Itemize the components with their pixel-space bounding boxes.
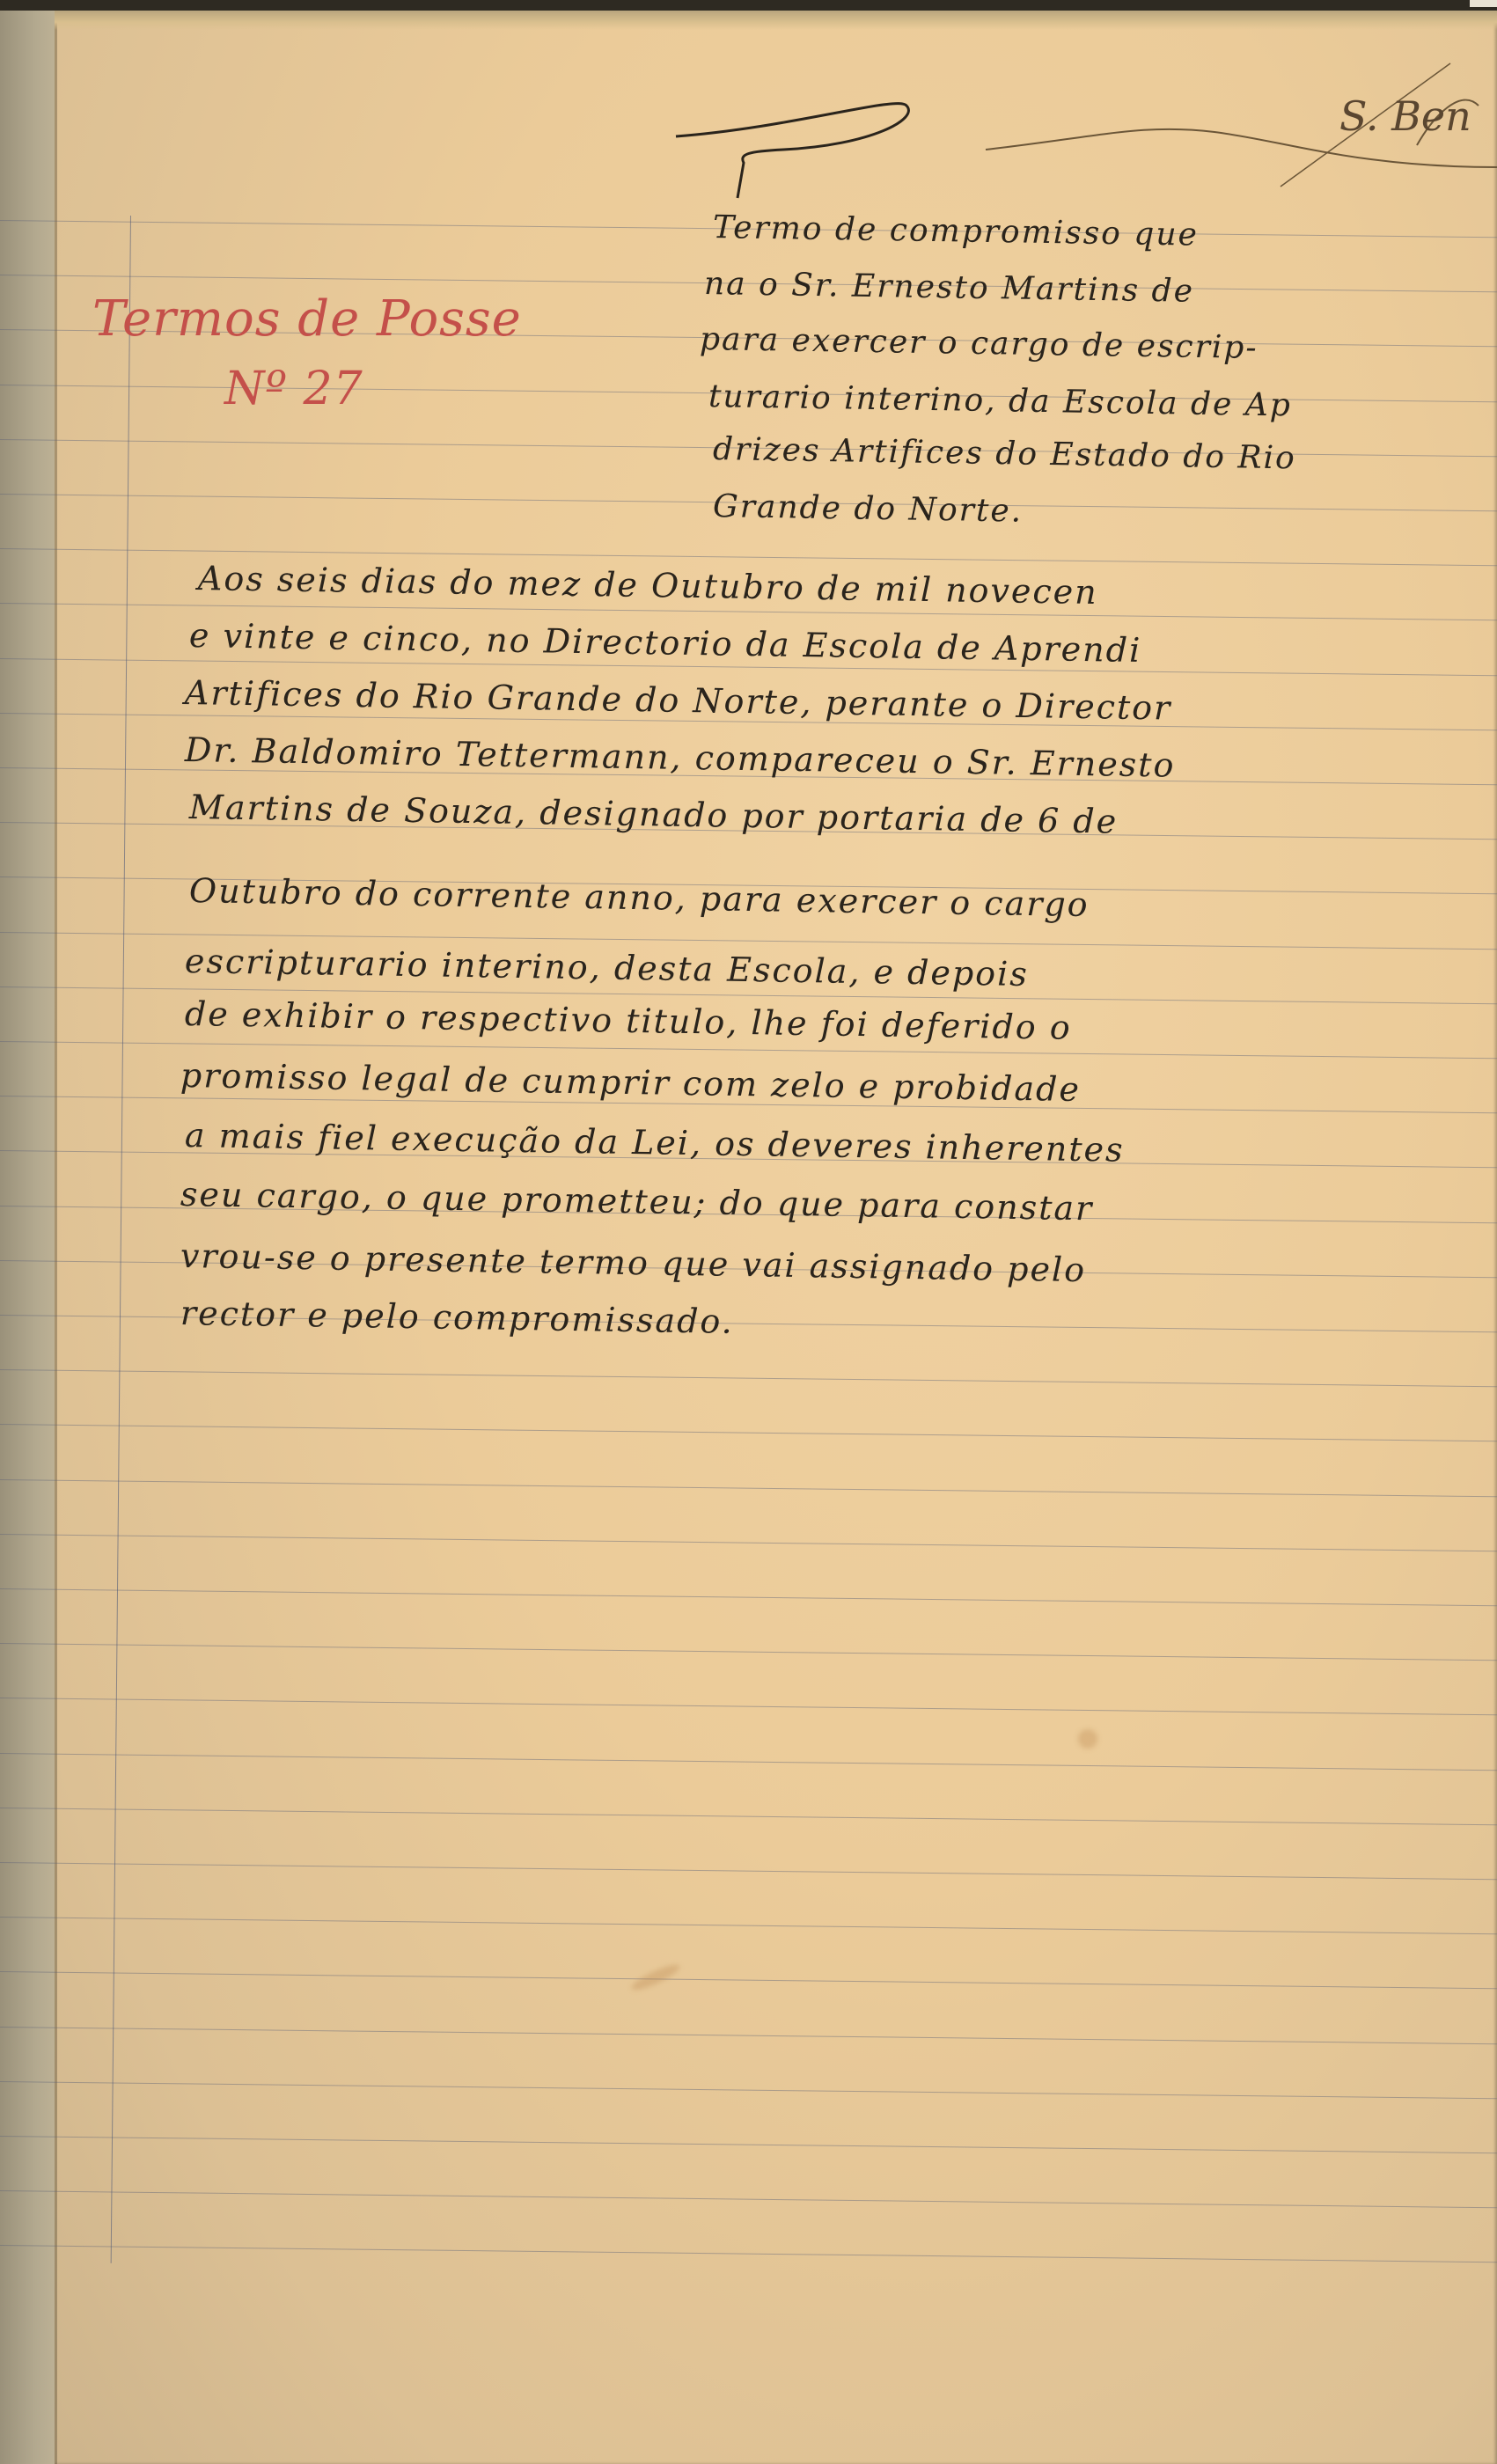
top-right-signature: S. Ben: [1339, 92, 1471, 140]
heading-line: Grande do Norte.: [713, 488, 1024, 530]
paper-stain: [1078, 1729, 1097, 1749]
heading-line: na o Sr. Ernesto Martins de: [704, 266, 1195, 310]
margin-note-number: Nº 27: [224, 363, 363, 415]
heading-line: Termo de compromisso que: [713, 209, 1200, 253]
book-binding-gutter: [0, 11, 60, 2464]
margin-note-title: Termos de Posse: [92, 290, 522, 348]
page-left-edge: [55, 11, 57, 2464]
